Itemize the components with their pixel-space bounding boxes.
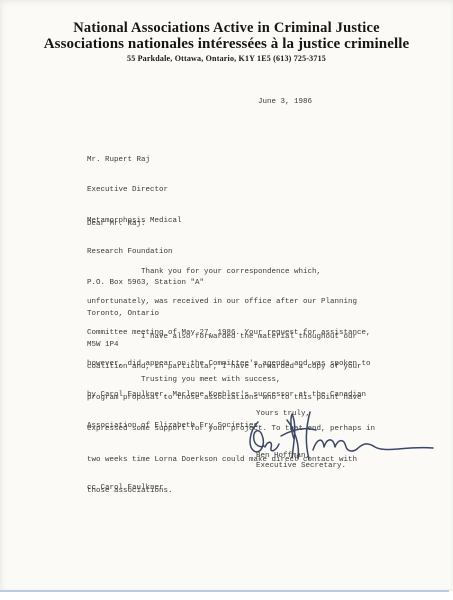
body-line: program proposal to those associations w… bbox=[87, 393, 375, 403]
recipient-line: Mr. Rupert Raj bbox=[87, 155, 204, 165]
signer-name: Ben Hoffman, bbox=[256, 451, 310, 461]
body-line: I have also forwarded the material thoug… bbox=[87, 332, 375, 342]
letterhead-title-french: Associations nationales intéressées à la… bbox=[0, 36, 453, 53]
recipient-line: Executive Director bbox=[87, 185, 204, 195]
cc-line: cc Carol Faulkner bbox=[87, 483, 164, 493]
body-line: coalition and, in particular, I have for… bbox=[87, 362, 375, 372]
letterhead-address: 55 Parkdale, Ottawa, Ontario, K1Y 1E5 (6… bbox=[0, 54, 453, 63]
scan-edge-line bbox=[0, 590, 449, 592]
scanned-letter-page: National Associations Active in Criminal… bbox=[0, 0, 453, 600]
letter-date: June 3, 1986 bbox=[258, 97, 312, 107]
salutation: Dear Mr. Raj: bbox=[87, 219, 146, 229]
body-line: Thank you for your correspondence which, bbox=[87, 267, 371, 277]
body-line: unfortunately, was received in our offic… bbox=[87, 297, 371, 307]
letterhead-title-english: National Associations Active in Criminal… bbox=[0, 20, 453, 36]
signer-title: Executive Secretary. bbox=[256, 461, 346, 471]
closing-sentence: Trusting you meet with success, bbox=[87, 375, 281, 385]
